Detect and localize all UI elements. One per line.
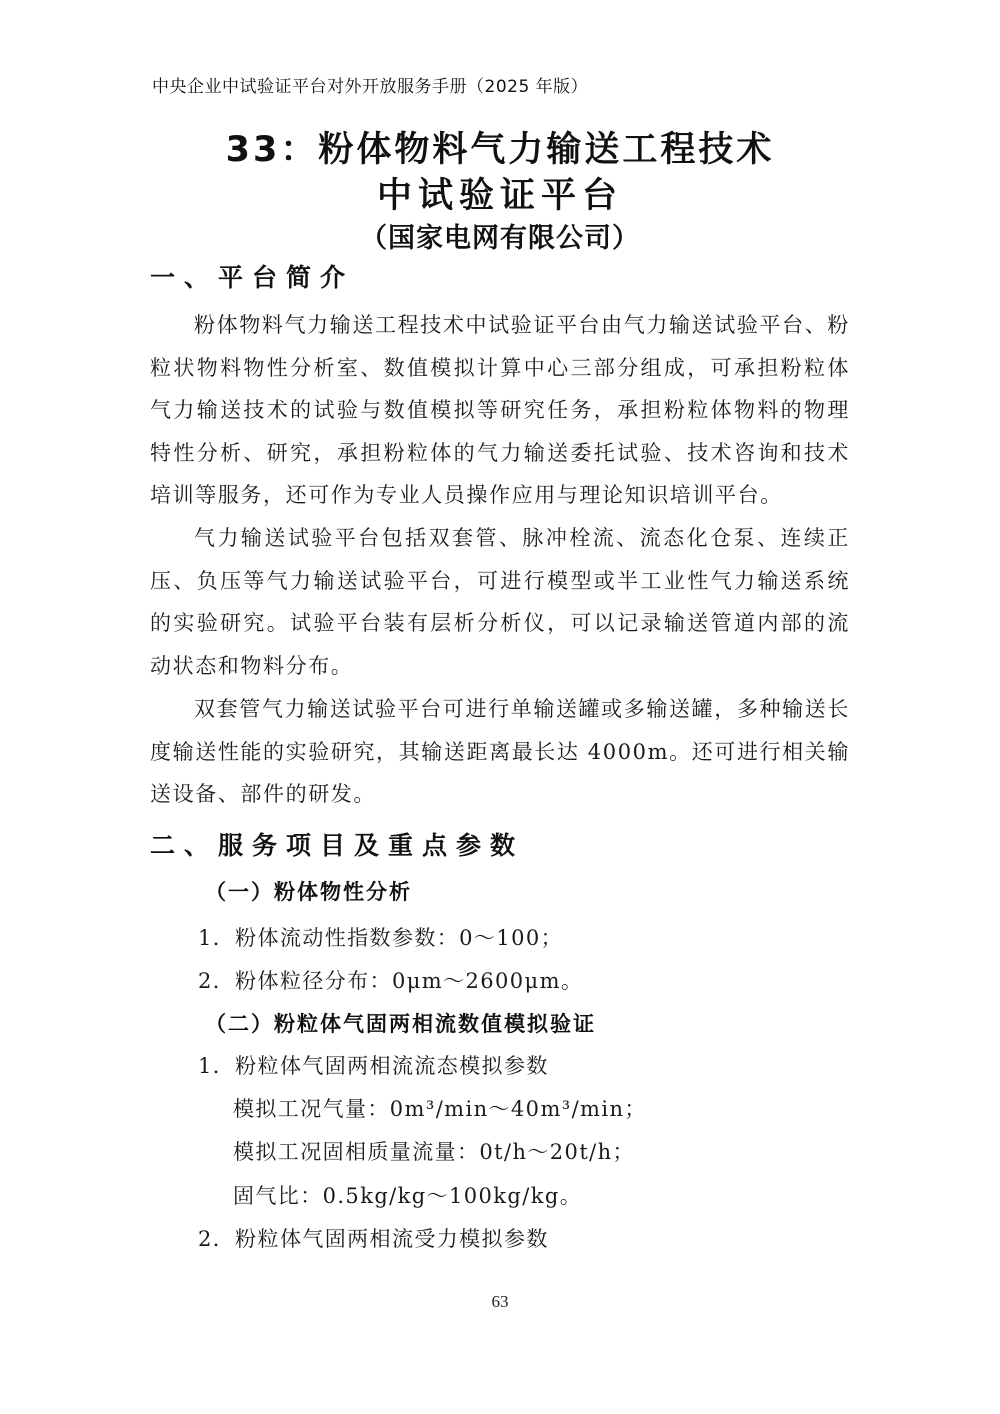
organization-subtitle: （国家电网有限公司） <box>0 216 1000 255</box>
subsection-heading-powder-properties: （一）粉体物性分析 <box>205 876 412 906</box>
document-page: 中央企业中试验证平台对外开放服务手册（2025 年版） 33：粉体物料气力输送工… <box>0 0 1000 1414</box>
list-item-detail: 固气比：0.5kg/kg～100kg/kg。 <box>233 1180 582 1210</box>
list-item: 2．粉体粒径分布：0μm～2600μm。 <box>198 965 583 995</box>
list-item: 2．粉粒体气固两相流受力模拟参数 <box>198 1223 549 1253</box>
section-heading-services: 二、服务项目及重点参数 <box>150 826 524 862</box>
running-header: 中央企业中试验证平台对外开放服务手册（2025 年版） <box>152 72 588 97</box>
paragraph-intro-3: 双套管气力输送试验平台可进行单输送罐或多输送罐，多种输送长度输送性能的实验研究，… <box>150 688 850 816</box>
section-heading-platform-intro: 一、平台简介 <box>150 258 354 294</box>
paragraph-intro-2: 气力输送试验平台包括双套管、脉冲栓流、流态化仓泵、连续正压、负压等气力输送试验平… <box>150 517 850 687</box>
page-title-line2: 中试验证平台 <box>0 168 1000 218</box>
page-title: 33：粉体物料气力输送工程技术 <box>0 122 1000 172</box>
list-item: 1．粉体流动性指数参数：0～100； <box>198 922 563 952</box>
list-item-detail: 模拟工况固相质量流量：0t/h～20t/h； <box>233 1136 635 1166</box>
page-number: 63 <box>0 1292 1000 1312</box>
list-item: 1．粉粒体气固两相流流态模拟参数 <box>198 1050 549 1080</box>
list-item-detail: 模拟工况气量：0m³/min～40m³/min； <box>233 1093 647 1123</box>
paragraph-intro-1: 粉体物料气力输送工程技术中试验证平台由气力输送试验平台、粉粒状物料物性分析室、数… <box>150 304 850 517</box>
subsection-heading-numerical-simulation: （二）粉粒体气固两相流数值模拟验证 <box>205 1008 596 1038</box>
